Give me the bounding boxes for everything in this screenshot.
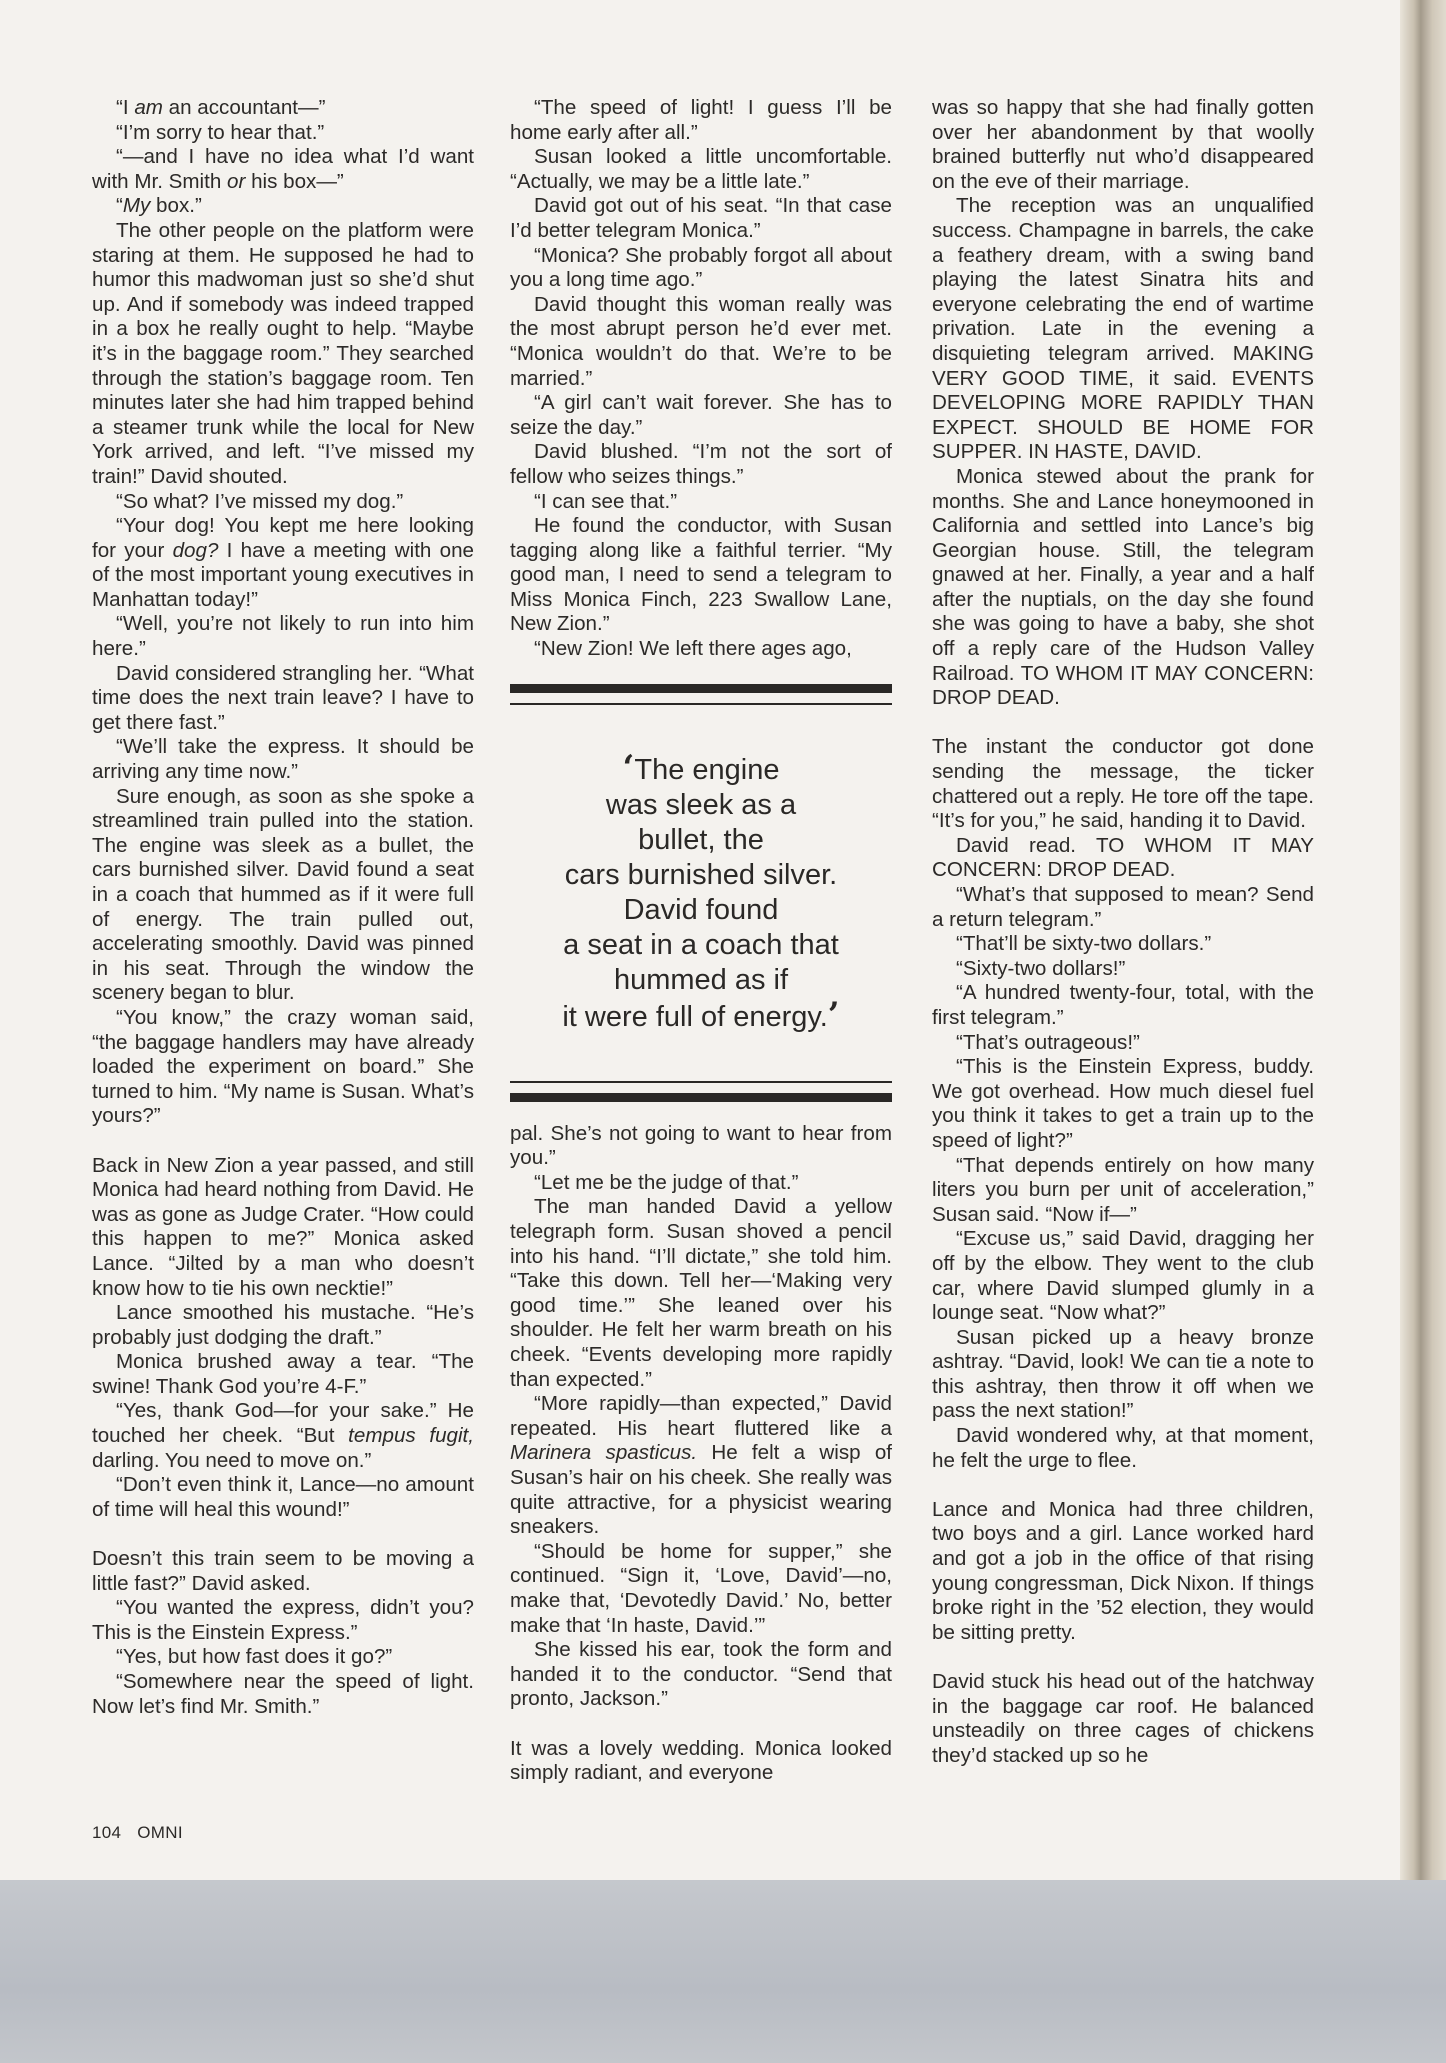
- paragraph: Back in New Zion a year passed, and stil…: [92, 1154, 474, 1302]
- paragraph: “Don’t even think it, Lance—no amount of…: [92, 1473, 474, 1522]
- paragraph: Sure enough, as soon as she spoke a stre…: [92, 785, 474, 1006]
- pull-quote-box: ‘The engine was sleek as a bullet, the c…: [510, 684, 892, 1102]
- italic-emphasis: tempus fugit,: [348, 1424, 474, 1447]
- paragraph: Lance and Monica had three children, two…: [932, 1498, 1314, 1646]
- paragraph: “Monica? She probably forgot all about y…: [510, 244, 892, 293]
- paragraph: David got out of his seat. “In that case…: [510, 194, 892, 243]
- paragraph: “I can see that.”: [510, 490, 892, 515]
- pull-quote-top-thick-rule: [510, 684, 892, 693]
- italic-emphasis: am: [134, 96, 163, 119]
- pull-quote-text: ‘The engine was sleek as a bullet, the c…: [510, 705, 892, 1081]
- text-column-3: was so happy that she had finally gotten…: [932, 96, 1314, 1768]
- paragraph: David thought this woman really was the …: [510, 293, 892, 391]
- paragraph: “Should be home for supper,” she continu…: [510, 1540, 892, 1638]
- paragraph: “Let me be the judge of that.”: [510, 1171, 892, 1196]
- paragraph: “Yes, thank God—for your sake.” He touch…: [92, 1399, 474, 1473]
- pull-quote-line: ‘The engine: [510, 751, 892, 788]
- close-quote-mark-icon: ’: [828, 995, 840, 1035]
- paragraph: David wondered why, at that moment, he f…: [932, 1424, 1314, 1473]
- column-2-top-text: “The speed of light! I guess I’ll be hom…: [510, 96, 892, 662]
- paragraph: He found the conductor, with Susan taggi…: [510, 514, 892, 637]
- paragraph: “That depends entirely on how many liter…: [932, 1154, 1314, 1228]
- paragraph: “The speed of light! I guess I’ll be hom…: [510, 96, 892, 145]
- paragraph: “New Zion! We left there ages ago,: [510, 637, 892, 662]
- paragraph: was so happy that she had finally gotten…: [932, 96, 1314, 194]
- paragraph: “Your dog! You kept me here looking for …: [92, 514, 474, 612]
- paragraph: “You wanted the express, didn’t you? Thi…: [92, 1596, 474, 1645]
- paragraph: “A girl can’t wait forever. She has to s…: [510, 391, 892, 440]
- paragraph: It was a lovely wedding. Monica looked s…: [510, 1737, 892, 1786]
- paragraph: “That’s outrageous!”: [932, 1031, 1314, 1056]
- paragraph: Monica stewed about the prank for months…: [932, 465, 1314, 711]
- paragraph: pal. She’s not going to want to hear fro…: [510, 1122, 892, 1171]
- italic-emphasis: dog?: [173, 539, 219, 562]
- pull-quote-line: a seat in a coach that: [510, 928, 892, 963]
- paragraph: “A hundred twenty-four, total, with the …: [932, 981, 1314, 1030]
- paragraph: The instant the conductor got done sendi…: [932, 735, 1314, 833]
- paragraph: Lance smoothed his mustache. “He’s proba…: [92, 1301, 474, 1350]
- pull-quote-line: it were full of energy.’: [510, 998, 892, 1035]
- pull-quote-line: hummed as if: [510, 963, 892, 998]
- paragraph: “Somewhere near the speed of light. Now …: [92, 1670, 474, 1719]
- paragraph: “This is the Einstein Express, buddy. We…: [932, 1055, 1314, 1153]
- text-column-1: “I am an accountant—”“I’m sorry to hear …: [92, 96, 474, 1719]
- paragraph: “Excuse us,” said David, dragging her of…: [932, 1227, 1314, 1325]
- paragraph: “You know,” the crazy woman said, “the b…: [92, 1006, 474, 1129]
- paragraph: Doesn’t this train seem to be moving a l…: [92, 1547, 474, 1596]
- pull-quote-bottom-thin-rule: [510, 1081, 892, 1083]
- paragraph: “More rapidly—than expected,” David repe…: [510, 1392, 892, 1540]
- scanner-background-strip: [0, 1880, 1446, 2063]
- paragraph: “Yes, but how fast does it go?”: [92, 1645, 474, 1670]
- paragraph: David considered strangling her. “What t…: [92, 662, 474, 736]
- paragraph: “Well, you’re not likely to run into him…: [92, 612, 474, 661]
- paragraph: “I am an accountant—”: [92, 96, 474, 121]
- pull-quote-line: was sleek as a: [510, 788, 892, 823]
- paragraph: “That’ll be sixty-two dollars.”: [932, 932, 1314, 957]
- paragraph: “—and I have no idea what I’d want with …: [92, 145, 474, 194]
- pull-quote-line: bullet, the: [510, 823, 892, 858]
- paragraph: “My box.”: [92, 194, 474, 219]
- paragraph: The man handed David a yellow telegraph …: [510, 1195, 892, 1392]
- paragraph: “What’s that supposed to mean? Send a re…: [932, 883, 1314, 932]
- magazine-page: “I am an accountant—”“I’m sorry to hear …: [0, 0, 1446, 1880]
- paragraph: The reception was an unqualified success…: [932, 194, 1314, 465]
- open-quote-mark-icon: ‘: [623, 748, 635, 788]
- paragraph: “Sixty-two dollars!”: [932, 957, 1314, 982]
- italic-emphasis: Marinera spasticus.: [510, 1441, 697, 1464]
- pull-quote-bottom-thick-rule: [510, 1093, 892, 1102]
- paragraph: She kissed his ear, took the form and ha…: [510, 1638, 892, 1712]
- italic-emphasis: My: [123, 194, 150, 217]
- italic-emphasis: or: [227, 170, 245, 193]
- pull-quote-line: David found: [510, 893, 892, 928]
- paragraph: “I’m sorry to hear that.”: [92, 121, 474, 146]
- paragraph: Monica brushed away a tear. “The swine! …: [92, 1350, 474, 1399]
- paragraph: “So what? I’ve missed my dog.”: [92, 490, 474, 515]
- paragraph: Susan looked a little uncomfortable. “Ac…: [510, 145, 892, 194]
- paragraph: “We’ll take the express. It should be ar…: [92, 735, 474, 784]
- column-2-bottom-text: pal. She’s not going to want to hear fro…: [510, 1122, 892, 1786]
- page-number: 104: [92, 1823, 121, 1842]
- page-folio: 104OMNI: [92, 1823, 183, 1843]
- paragraph: David blushed. “I’m not the sort of fell…: [510, 440, 892, 489]
- magazine-name: OMNI: [137, 1823, 183, 1842]
- paragraph: David stuck his head out of the hatchway…: [932, 1670, 1314, 1768]
- paragraph: The other people on the platform were st…: [92, 219, 474, 490]
- text-column-2: “The speed of light! I guess I’ll be hom…: [510, 96, 892, 1786]
- pull-quote-line: cars burnished silver.: [510, 858, 892, 893]
- paragraph: David read. TO WHOM IT MAY CONCERN: DROP…: [932, 834, 1314, 883]
- paragraph: Susan picked up a heavy bronze ashtray. …: [932, 1326, 1314, 1424]
